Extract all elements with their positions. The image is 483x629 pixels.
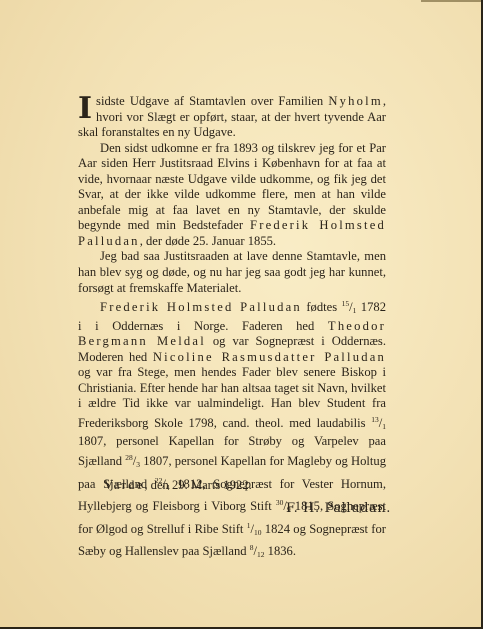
paragraph-3: Jeg bad saa Justitsraaden at lave denne …: [78, 249, 386, 296]
document-page: Isidste Udgave af Stamtavlen over Famili…: [0, 0, 483, 629]
paragraph-1: Isidste Udgave af Stamtavlen over Famili…: [78, 94, 386, 141]
fraction-numerator: 1: [247, 521, 251, 530]
fraction-numerator: 30: [276, 498, 284, 507]
person-name: Nicoline Rasmusdatter Palludan: [153, 350, 386, 364]
person-name: Frederik Holmsted Palludan: [100, 300, 302, 314]
paragraph-text: fødtes: [302, 300, 342, 314]
fraction-numerator: 15: [342, 299, 350, 308]
fraction-numerator: 8: [250, 543, 254, 552]
drop-cap: I: [78, 95, 92, 123]
place-name: Varde: [104, 478, 144, 492]
fraction-denominator: 1: [382, 422, 386, 431]
dateline: Varde, den 29. Marts 1922.: [104, 478, 252, 493]
fraction-denominator: 12: [257, 550, 265, 559]
fraction-numerator: 13: [371, 415, 379, 424]
paragraph-2: Den sidst udkomne er fra 1893 og tilskre…: [78, 141, 386, 250]
family-name: Nyholm: [328, 94, 382, 108]
paragraph-text: , der døde 25. Januar 1855.: [140, 234, 276, 248]
paragraph-text: og var fra Stege, men hendes Fader blev …: [78, 365, 386, 430]
signature: F. H. Palludan.: [286, 501, 391, 516]
paragraph-text: Jeg bad saa Justitsraaden at lave denne …: [78, 249, 386, 294]
date-text: , den 29. Marts 1922.: [144, 478, 251, 492]
paragraph-text: sidste Udgave af Stamtavlen over Familie…: [96, 94, 328, 108]
fraction-numerator: 28: [125, 453, 133, 462]
paragraph-text: 1836.: [265, 544, 296, 558]
page-edge-line: [421, 0, 481, 2]
paragraph-4: Frederik Holmsted Palludan fødtes 15/1 1…: [78, 296, 386, 563]
